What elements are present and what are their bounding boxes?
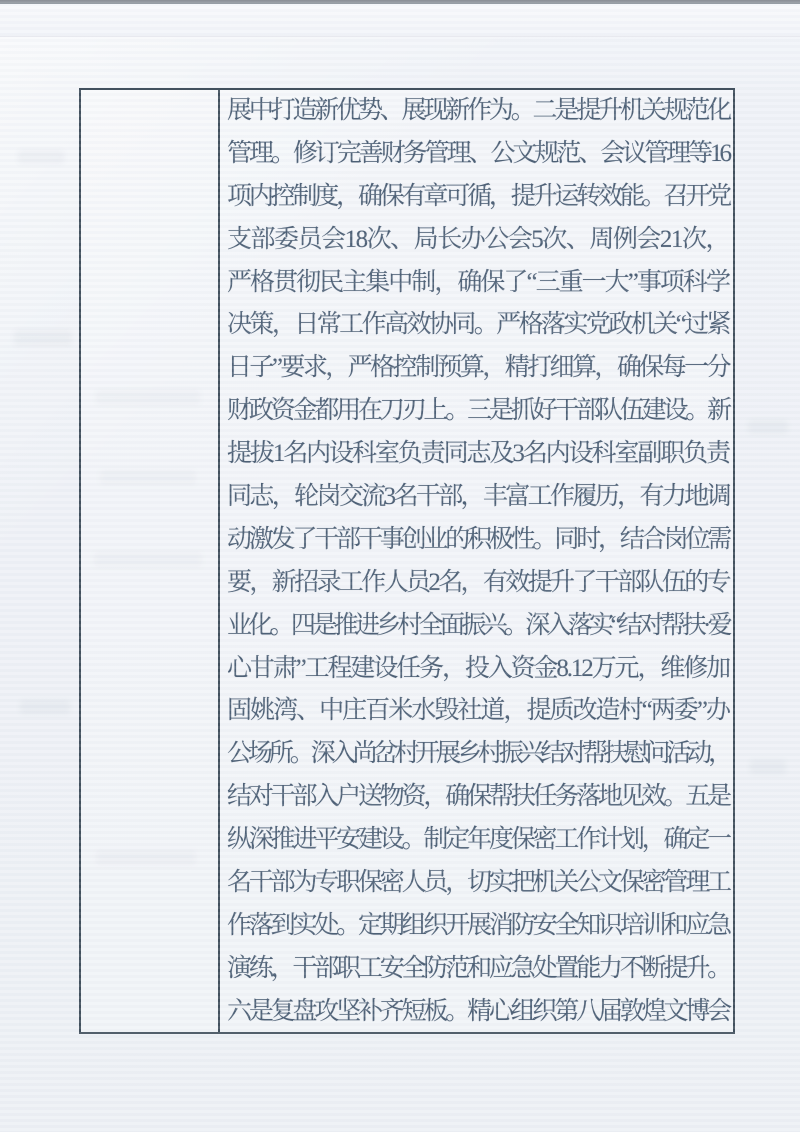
text-line: 心甘肃”工程建设任务，投入资金8.12万元，维修加 — [227, 648, 729, 691]
text-line: 支部委员会18次、局长办公会5次、周例会21次， — [227, 219, 729, 262]
bleedthrough-mark — [748, 420, 788, 434]
text-line: 要，新招录工作人员2名，有效提升了干部队伍的专 — [227, 562, 729, 605]
text-line: 业化。四是推进乡村全面振兴。深入落实“结对帮扶·爱 — [227, 605, 729, 648]
text-line: 公场所。深入尚岔村开展乡村振兴结对帮扶慰问活动， — [227, 733, 729, 776]
text-line: 结对干部入户送物资，确保帮扶任务落地见效。五是 — [227, 776, 729, 819]
bleedthrough-mark — [750, 760, 786, 774]
scanned-document-page: 展中打造新优势、展现新作为。二是提升机关规范化管理。修订完善财务管理、公文规范、… — [0, 0, 800, 1132]
text-line: 演练，干部职工安全防范和应急处置能力不断提升。 — [227, 948, 729, 991]
text-line: 项内控制度，确保有章可循，提升运转效能。召开党 — [227, 176, 729, 219]
text-line: 固姚湾、中庄百米水毁社道，提质改造村“两委”办 — [227, 690, 729, 733]
text-line: 纵深推进平安建设。制定年度保密工作计划，确定一 — [227, 819, 729, 862]
text-line: 展中打造新优势、展现新作为。二是提升机关规范化 — [227, 90, 729, 133]
text-line: 动激发了干部干事创业的积极性。同时，结合岗位需 — [227, 519, 729, 562]
bleedthrough-mark — [18, 150, 64, 164]
text-line: 同志，轮岗交流3名干部，丰富工作履历，有力地调 — [227, 476, 729, 519]
text-line: 财政资金都用在刀刃上。三是抓好干部队伍建设。新 — [227, 390, 729, 433]
table-left-column — [81, 90, 220, 1032]
bleedthrough-mark — [14, 330, 72, 346]
text-line: 日子”要求，严格控制预算，精打细算，确保每一分 — [227, 347, 729, 390]
table-body-text-cell: 展中打造新优势、展现新作为。二是提升机关规范化管理。修订完善财务管理、公文规范、… — [220, 90, 733, 1032]
text-line: 名干部为专职保密人员，切实把机关公文保密管理工 — [227, 862, 729, 905]
bleedthrough-mark — [20, 700, 70, 714]
text-line: 六是复盘攻坚补齐短板。精心组织第八届敦煌文博会 — [227, 991, 729, 1032]
text-line: 管理。修订完善财务管理、公文规范、会议管理等16 — [227, 133, 729, 176]
text-line: 提拔1名内设科室负责同志及3名内设科室副职负责 — [227, 433, 729, 476]
text-line: 决策，日常工作高效协同。严格落实党政机关“过紧 — [227, 304, 729, 347]
text-line: 严格贯彻民主集中制，确保了“三重一大”事项科学 — [227, 262, 729, 305]
text-line: 作落到实处。定期组织开展消防安全知识培训和应急 — [227, 905, 729, 948]
document-table: 展中打造新优势、展现新作为。二是提升机关规范化管理。修订完善财务管理、公文规范、… — [79, 88, 735, 1034]
scan-light-band — [0, 4, 800, 37]
